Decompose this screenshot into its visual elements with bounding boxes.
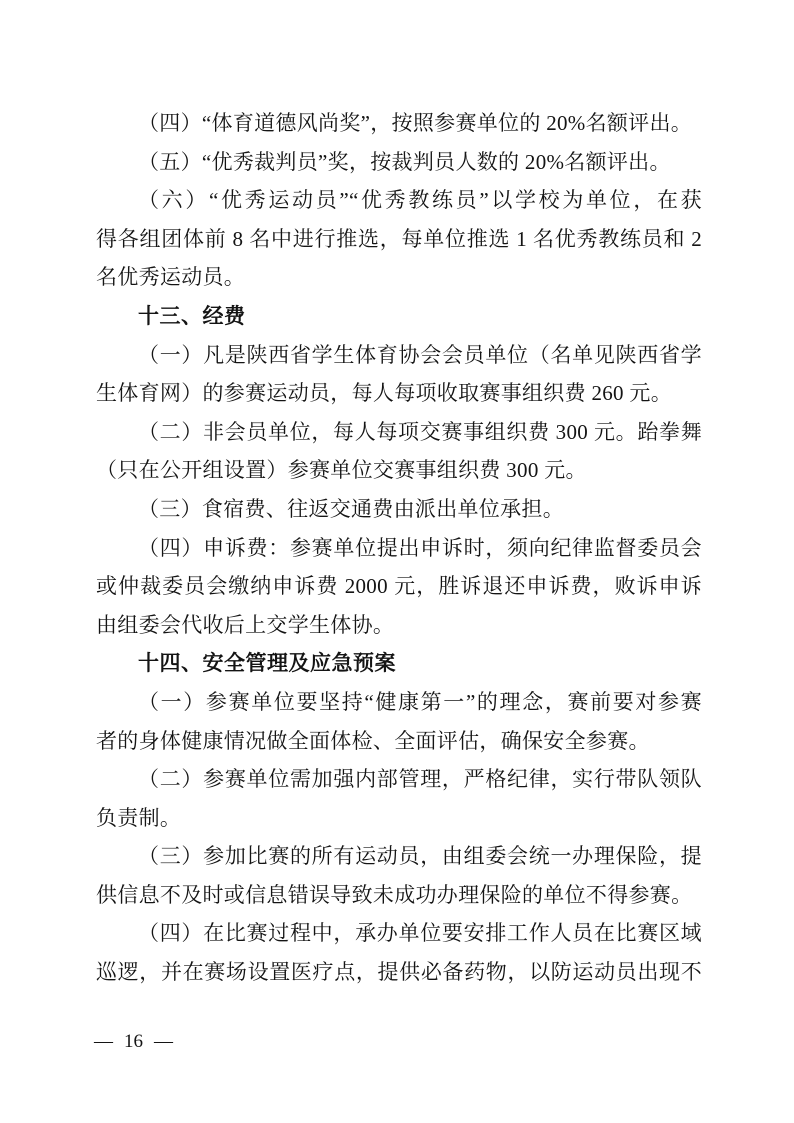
doc-line: （三）参加比赛的所有运动员，由组委会统一办理保险，提 — [96, 837, 702, 876]
doc-line: （只在公开组设置）参赛单位交赛事组织费 300 元。 — [96, 451, 702, 490]
section-heading-13: 十三、经费 — [96, 297, 702, 336]
doc-line: （一）凡是陕西省学生体育协会会员单位（名单见陕西省学 — [96, 336, 702, 375]
document-body: （四）“体育道德风尚奖”，按照参赛单位的 20%名额评出。 （五）“优秀裁判员”… — [96, 104, 702, 992]
doc-line: （四）申诉费：参赛单位提出申诉时，须向纪律监督委员会 — [96, 529, 702, 568]
doc-line: 生体育网）的参赛运动员，每人每项收取赛事组织费 260 元。 — [96, 374, 702, 413]
doc-line: （六）“优秀运动员”“优秀教练员”以学校为单位，在获 — [96, 181, 702, 220]
page-number: 16 — [124, 1031, 143, 1052]
doc-line: （四）“体育道德风尚奖”，按照参赛单位的 20%名额评出。 — [96, 104, 702, 143]
footer-dash-right: — — [154, 1031, 173, 1052]
doc-line: （一）参赛单位要坚持“健康第一”的理念，赛前要对参赛 — [96, 683, 702, 722]
section-heading-14: 十四、安全管理及应急预案 — [96, 644, 702, 683]
doc-line: 负责制。 — [96, 799, 702, 838]
doc-line: 供信息不及时或信息错误导致未成功办理保险的单位不得参赛。 — [96, 876, 702, 915]
doc-line: （二）非会员单位，每人每项交赛事组织费 300 元。跆拳舞 — [96, 413, 702, 452]
doc-line: 由组委会代收后上交学生体协。 — [96, 606, 702, 645]
doc-line: 得各组团体前 8 名中进行推选，每单位推选 1 名优秀教练员和 2 — [96, 220, 702, 259]
doc-line: 者的身体健康情况做全面体检、全面评估，确保安全参赛。 — [96, 722, 702, 761]
doc-line: （五）“优秀裁判员”奖，按裁判员人数的 20%名额评出。 — [96, 143, 702, 182]
doc-line: 巡逻，并在赛场设置医疗点，提供必备药物，以防运动员出现不 — [96, 953, 702, 992]
document-page: （四）“体育道德风尚奖”，按照参赛单位的 20%名额评出。 （五）“优秀裁判员”… — [0, 0, 794, 1123]
page-footer: —16— — [94, 1028, 173, 1056]
doc-line: 名优秀运动员。 — [96, 258, 702, 297]
doc-line: （四）在比赛过程中，承办单位要安排工作人员在比赛区域 — [96, 914, 702, 953]
doc-line: （二）参赛单位需加强内部管理，严格纪律，实行带队领队 — [96, 760, 702, 799]
footer-dash-left: — — [94, 1031, 113, 1052]
doc-line: 或仲裁委员会缴纳申诉费 2000 元，胜诉退还申诉费，败诉申诉费 — [96, 567, 702, 606]
doc-line: （三）食宿费、往返交通费由派出单位承担。 — [96, 490, 702, 529]
